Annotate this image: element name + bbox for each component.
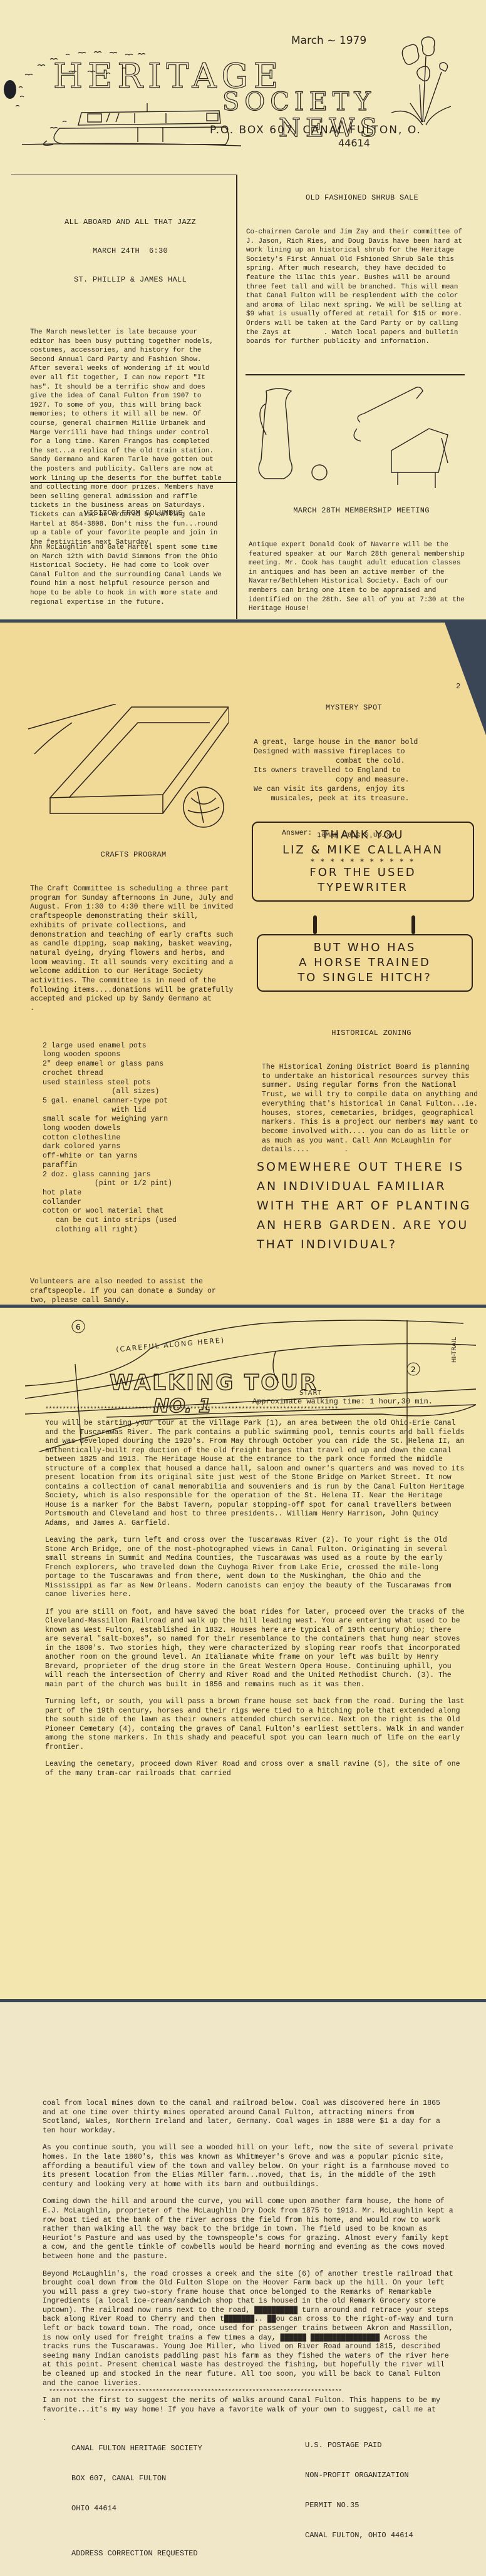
crafts-program-article: CRAFTS PROGRAM The Craft Committee is sc… (30, 832, 237, 1323)
tour-paragraph: Coming down the hill and around the curv… (43, 2197, 456, 2261)
article-body: Ann McLaughlin and Gale Hartel spent som… (30, 543, 229, 607)
tour-paragraph: coal from local mines down to the canal … (43, 2099, 456, 2136)
walking-tour-title: WALKING TOUR (110, 1370, 318, 1395)
article-heading: MYSTERY SPOT (254, 703, 454, 712)
map-label-start: START (299, 1390, 322, 1397)
donation-item: cotton or wool material that can be cut … (43, 1207, 237, 1235)
sign-chain (411, 915, 415, 934)
po-box-address: P.O. BOX 607, CANAL FULTON, O. (210, 124, 421, 136)
divider (246, 374, 465, 375)
antiques-drawing (254, 379, 467, 491)
tour-paragraph: If you are still on foot, and have saved… (45, 1608, 466, 1690)
issue-date: March ~ 1979 (291, 34, 366, 47)
tour-paragraph: As you continue south, you will see a wo… (43, 2144, 456, 2189)
tour-paragraph: Leaving the cemetary, proceed down River… (45, 1760, 466, 1778)
newsletter-page-1: HERITAGE SOCIETY NEWS March ~ 1979 P.O. … (0, 0, 486, 619)
membership-meeting-article: MARCH 28TH MEMBERSHIP MEETING Antique ex… (249, 488, 474, 632)
article-heading: CRAFTS PROGRAM (30, 850, 237, 859)
asterisk-divider: ****************************************… (49, 2389, 431, 2396)
walking-time: Approximate walking time: 1 hour,30 min. (252, 1397, 433, 1406)
iris-flower-drawing (385, 34, 460, 135)
donation-item: dark colored yarns (43, 1143, 237, 1152)
thank-you-sign: THANK YOU LIZ & MIKE CALLAHAN * * * * * … (252, 822, 474, 902)
donation-items-list: 2 large used enamel potslong wooden spoo… (43, 1042, 237, 1235)
donation-item: collander (43, 1198, 237, 1208)
article-body: Antique expert Donald Cook of Navarre wi… (249, 541, 465, 614)
horse-sign: BUT WHO HAS A HORSE TRAINED TO SINGLE HI… (257, 934, 473, 992)
visitor-article: VISITOR FROM COLUMBUS Ann McLaughlin and… (30, 491, 237, 625)
article-heading: OLD FASHIONED SHRUB SALE (246, 193, 478, 202)
donation-item: long wooden dowels (43, 1124, 237, 1134)
donation-item: long wooden spoons (43, 1051, 237, 1060)
map-marker-6: 6 (76, 1323, 81, 1331)
tour-paragraph: Turning left, or south, you will pass a … (45, 1698, 466, 1752)
divider (30, 482, 237, 483)
donation-item: hot plate (43, 1189, 237, 1198)
shrub-sale-article: OLD FASHIONED SHRUB SALE Co-chairmen Car… (246, 175, 478, 365)
newsletter-page-3: 6 2 (CAREFUL ALONG HERE) HI-TRAIL WALKIN… (0, 1308, 486, 1999)
article-heading: VISITOR FROM COLUMBUS (30, 509, 237, 517)
donation-item: 2 large used enamel pots (43, 1042, 237, 1051)
volunteers-note: Volunteers are also needed to assist the… (30, 1278, 237, 1305)
donation-item: 2" deep enamel or glass pans (43, 1060, 237, 1069)
newsletter-page-2: 2 CRAFTS PROGRAM The Craft Committee is … (0, 623, 486, 1305)
sign-chain (313, 915, 317, 934)
donation-item: small scale for weighing yarn (43, 1115, 237, 1124)
donation-item: off-white or tan yarns (43, 1152, 237, 1161)
historical-zoning-article: HISTORICAL ZONING The Historical Zoning … (262, 1011, 481, 1173)
article-body: Co-chairmen Carole and Jim Zay and their… (246, 228, 468, 347)
article-heading: ALL ABOARD AND ALL THAT JAZZ MARCH 24TH … (30, 200, 230, 302)
return-address: CANAL FULTON HERITAGE SOCIETY BOX 607, C… (71, 2423, 259, 2576)
newsletter-page-4: coal from local mines down to the canal … (0, 2002, 486, 2576)
tour-paragraph: You will be starting your tour at the Vi… (45, 1419, 466, 1528)
article-body: The Craft Committee is scheduling a thre… (30, 885, 237, 1014)
article-body: The Historical Zoning District Board is … (262, 1063, 481, 1155)
donation-item: 5 gal. enamel canner-type pot with lid (43, 1097, 237, 1115)
walking-tour-text-continued: coal from local mines down to the canal … (43, 2099, 456, 2432)
address-correction-note: ADDRESS CORRECTION REQUESTED (71, 2548, 259, 2558)
tour-paragraph: Leaving the park, turn left and cross ov… (45, 1536, 466, 1600)
map-marker-2: 2 (411, 1365, 416, 1374)
masthead-title-society: SOCIETY (222, 88, 376, 116)
walking-tour-text: You will be starting your tour at the Vi… (45, 1419, 466, 1786)
donation-item: 2 doz. glass canning jars (pint or 1/2 p… (43, 1171, 237, 1189)
asterisk-divider: ****************************************… (45, 1407, 338, 1413)
divider (11, 175, 237, 175)
donation-item: cotton clothesline (43, 1134, 237, 1143)
map-label-trail: HI-TRAIL (451, 1337, 458, 1363)
herb-garden-note: SOMEWHERE OUT THERE IS AN INDIVIDUAL FAM… (257, 1158, 482, 1255)
mystery-poem: A great, large house in the manor bold D… (254, 738, 479, 803)
zip-code: 44614 (338, 137, 370, 149)
donation-item: paraffin (43, 1161, 237, 1171)
article-heading: HISTORICAL ZONING (262, 1029, 481, 1037)
tour-paragraph: Beyond McLaughlin's, the road crosses a … (43, 2270, 456, 2389)
donation-item: crochet thread (43, 1069, 237, 1079)
loom-and-yarn-drawing (22, 704, 229, 835)
postage-indicia: U.S. POSTAGE PAID NON-PROFIT ORGANIZATIO… (305, 2420, 468, 2560)
article-heading: MARCH 28TH MEMBERSHIP MEETING (249, 506, 474, 515)
donation-item: used stainless steel pots (all sizes) (43, 1079, 237, 1097)
